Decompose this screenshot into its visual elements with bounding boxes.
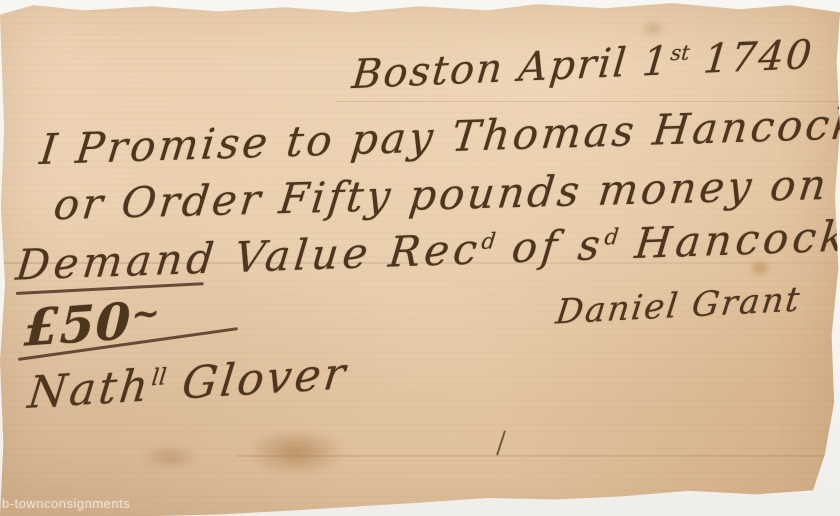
dateline-year: 1740 [687,32,816,84]
foxing-stain [640,20,666,38]
signature-glover-text: Glover [163,348,351,411]
ink-speck [496,430,506,455]
signature-nathll-glover: Nathll Glover [25,348,350,419]
signature-daniel-grant: Daniel Grant [554,279,804,332]
dateline-place-day: Boston April 1 [350,38,672,98]
dateline-ordinal: st [670,40,691,65]
dateline: Boston April 1st 1740 [350,32,816,98]
pound-sign: £ [23,296,61,358]
foxing-stain [246,428,346,476]
body-line-3-text: Hancock [615,211,840,268]
body-line-3-text: of s [492,220,606,273]
amount-flourish: ~ [131,293,157,335]
signature-glover-text: Nath [25,360,153,419]
seller-watermark: b-townconsignments [2,496,130,511]
foxing-stain [140,444,200,470]
photo-background: Boston April 1st 1740 I Promise to pay T… [0,0,840,516]
promissory-note-paper: Boston April 1st 1740 I Promise to pay T… [0,0,840,516]
body-line-3-text: Demand Value Rec [14,224,484,289]
